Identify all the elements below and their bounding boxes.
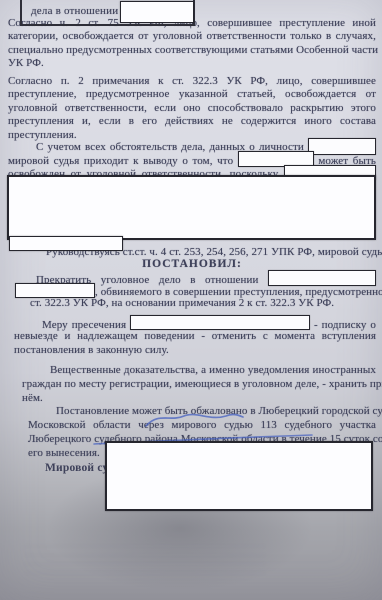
text-line: нём.	[22, 391, 376, 405]
redaction-measure-name	[130, 315, 310, 330]
case-header-text: дела в отношении	[31, 5, 118, 17]
text-line: преступление, предусмотренное указанной …	[8, 88, 376, 101]
text-line: мировой судья приходит к выводу о том, ч…	[8, 151, 376, 164]
text-line: ст. 322.3 УК РФ, на основании примечания…	[8, 297, 376, 310]
paragraph-mera: Меру пресечения - подписку о невыезде и …	[14, 315, 376, 357]
text-line: невыезде и надлежащем поведении - отмени…	[14, 329, 376, 343]
redaction-small-block	[9, 236, 123, 251]
text-line: граждан по месту регистрации, имеющиеся …	[22, 377, 376, 391]
paragraph-prekratit: Прекратить уголовное дело в отношении , …	[8, 270, 376, 310]
text-line: Постановление может быть обжаловано в Лю…	[28, 404, 376, 418]
text-line: постановления в законную силу.	[14, 343, 376, 357]
paragraph-conclusion: С учетом всех обстоятельств дела, данных…	[8, 138, 376, 178]
text-line: Согласно п. 2 примечания к ст. 322.3 УК …	[8, 75, 376, 88]
text-line: С учетом всех обстоятельств дела, данных…	[8, 138, 376, 151]
text-line: Прекратить уголовное дело в отношении	[8, 270, 376, 283]
paragraph-evidence: Вещественные доказательства, а именно ув…	[22, 363, 376, 405]
text-line: Московской области через мирового судью …	[28, 418, 376, 432]
paragraph-note-322-3: Согласно п. 2 примечания к ст. 322.3 УК …	[8, 75, 376, 142]
redaction-signature	[105, 441, 373, 511]
text-line: преступления и, если в его действиях не …	[8, 115, 376, 128]
page-bleedthrough	[25, 545, 265, 579]
text-line: Вещественные доказательства, а именно ув…	[22, 363, 376, 377]
redaction-case-name	[120, 1, 194, 23]
text-line: специально предусмотренных соответствующ…	[8, 44, 376, 57]
text-line: УК РФ.	[8, 57, 376, 70]
text-line: Меру пресечения - подписку о	[14, 315, 376, 329]
text-line: уголовной ответственности, если оно спос…	[8, 102, 376, 115]
text-line: , обвиняемого в совершении преступления,…	[8, 283, 376, 296]
text-line: категории, освобождается от уголовной от…	[8, 30, 376, 43]
scanned-court-document: дела в отношении Согласно ч. 2 ст. 75 УК…	[0, 0, 382, 600]
redaction-large-block	[7, 175, 376, 240]
